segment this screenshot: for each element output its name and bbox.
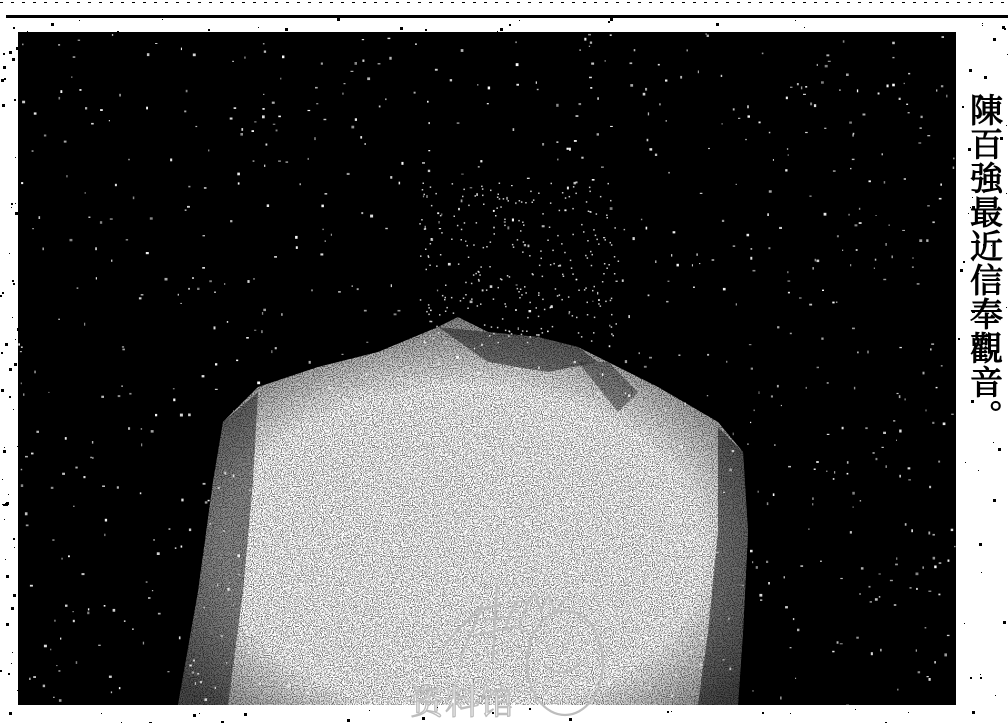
newspaper-clipping: 陳百強最近信奉觀音。 资料馆 [0, 0, 1008, 723]
photo-illustration [18, 32, 956, 705]
news-photo [18, 32, 956, 705]
photo-caption: 陳百強最近信奉觀音。 [964, 93, 1004, 433]
top-dotted-rule [0, 2, 1008, 3]
top-rule [6, 15, 1008, 18]
